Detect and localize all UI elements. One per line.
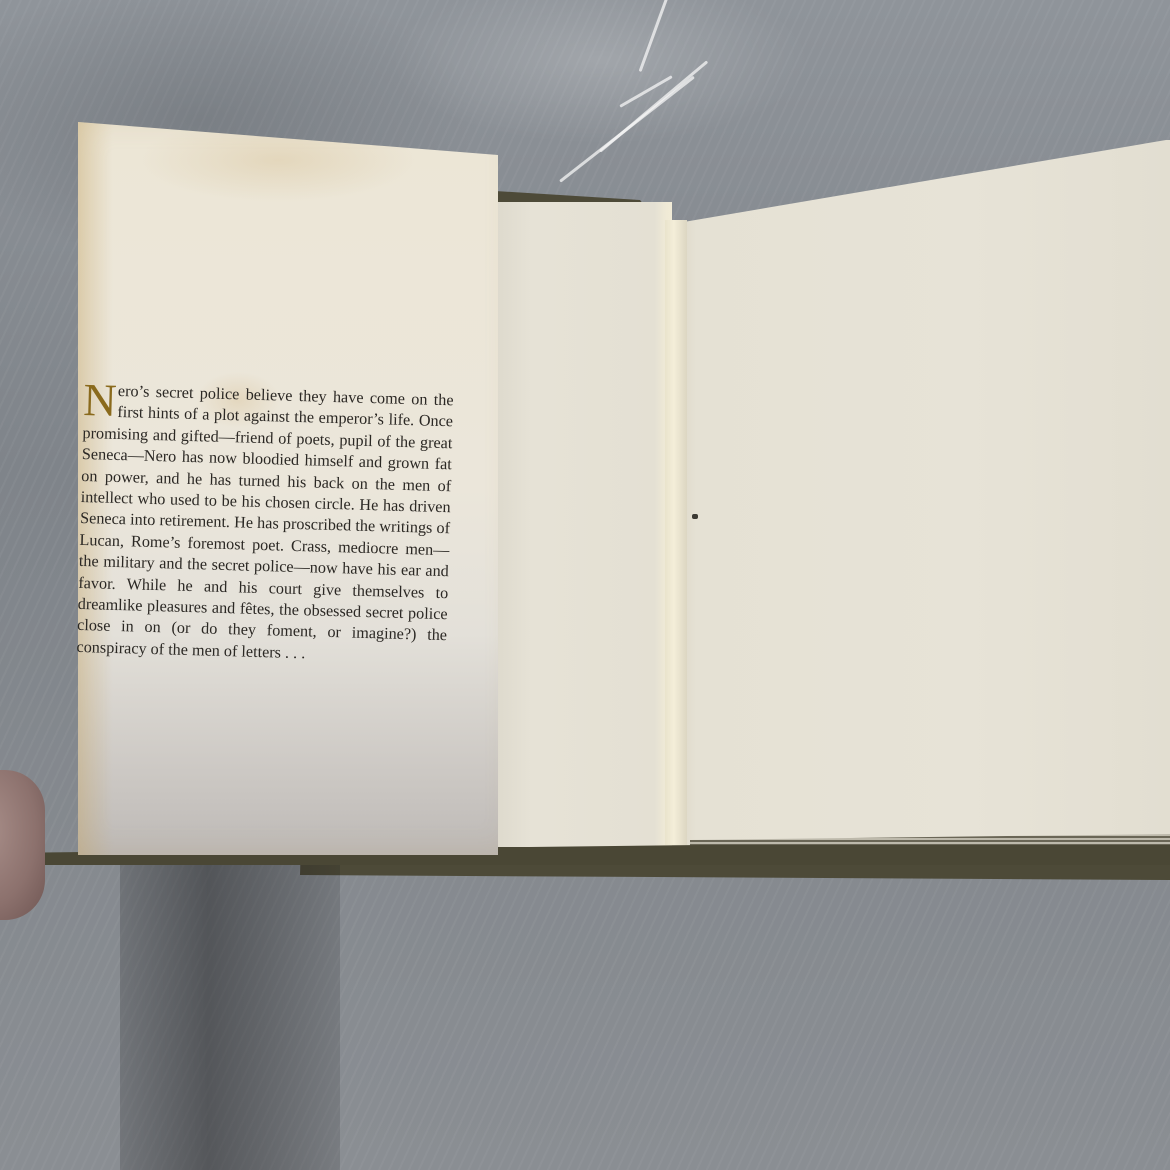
gutter-fold	[665, 220, 687, 845]
right-page	[666, 140, 1170, 846]
hand-shadow	[120, 865, 340, 1170]
blurb-text: ero’s secret police believe they have co…	[76, 382, 454, 662]
drop-cap: N	[83, 382, 117, 419]
endpaper	[497, 202, 672, 847]
jacket-blurb: Nero’s secret police believe they have c…	[76, 380, 454, 669]
holding-finger	[0, 770, 45, 920]
paper-speck	[692, 514, 698, 519]
